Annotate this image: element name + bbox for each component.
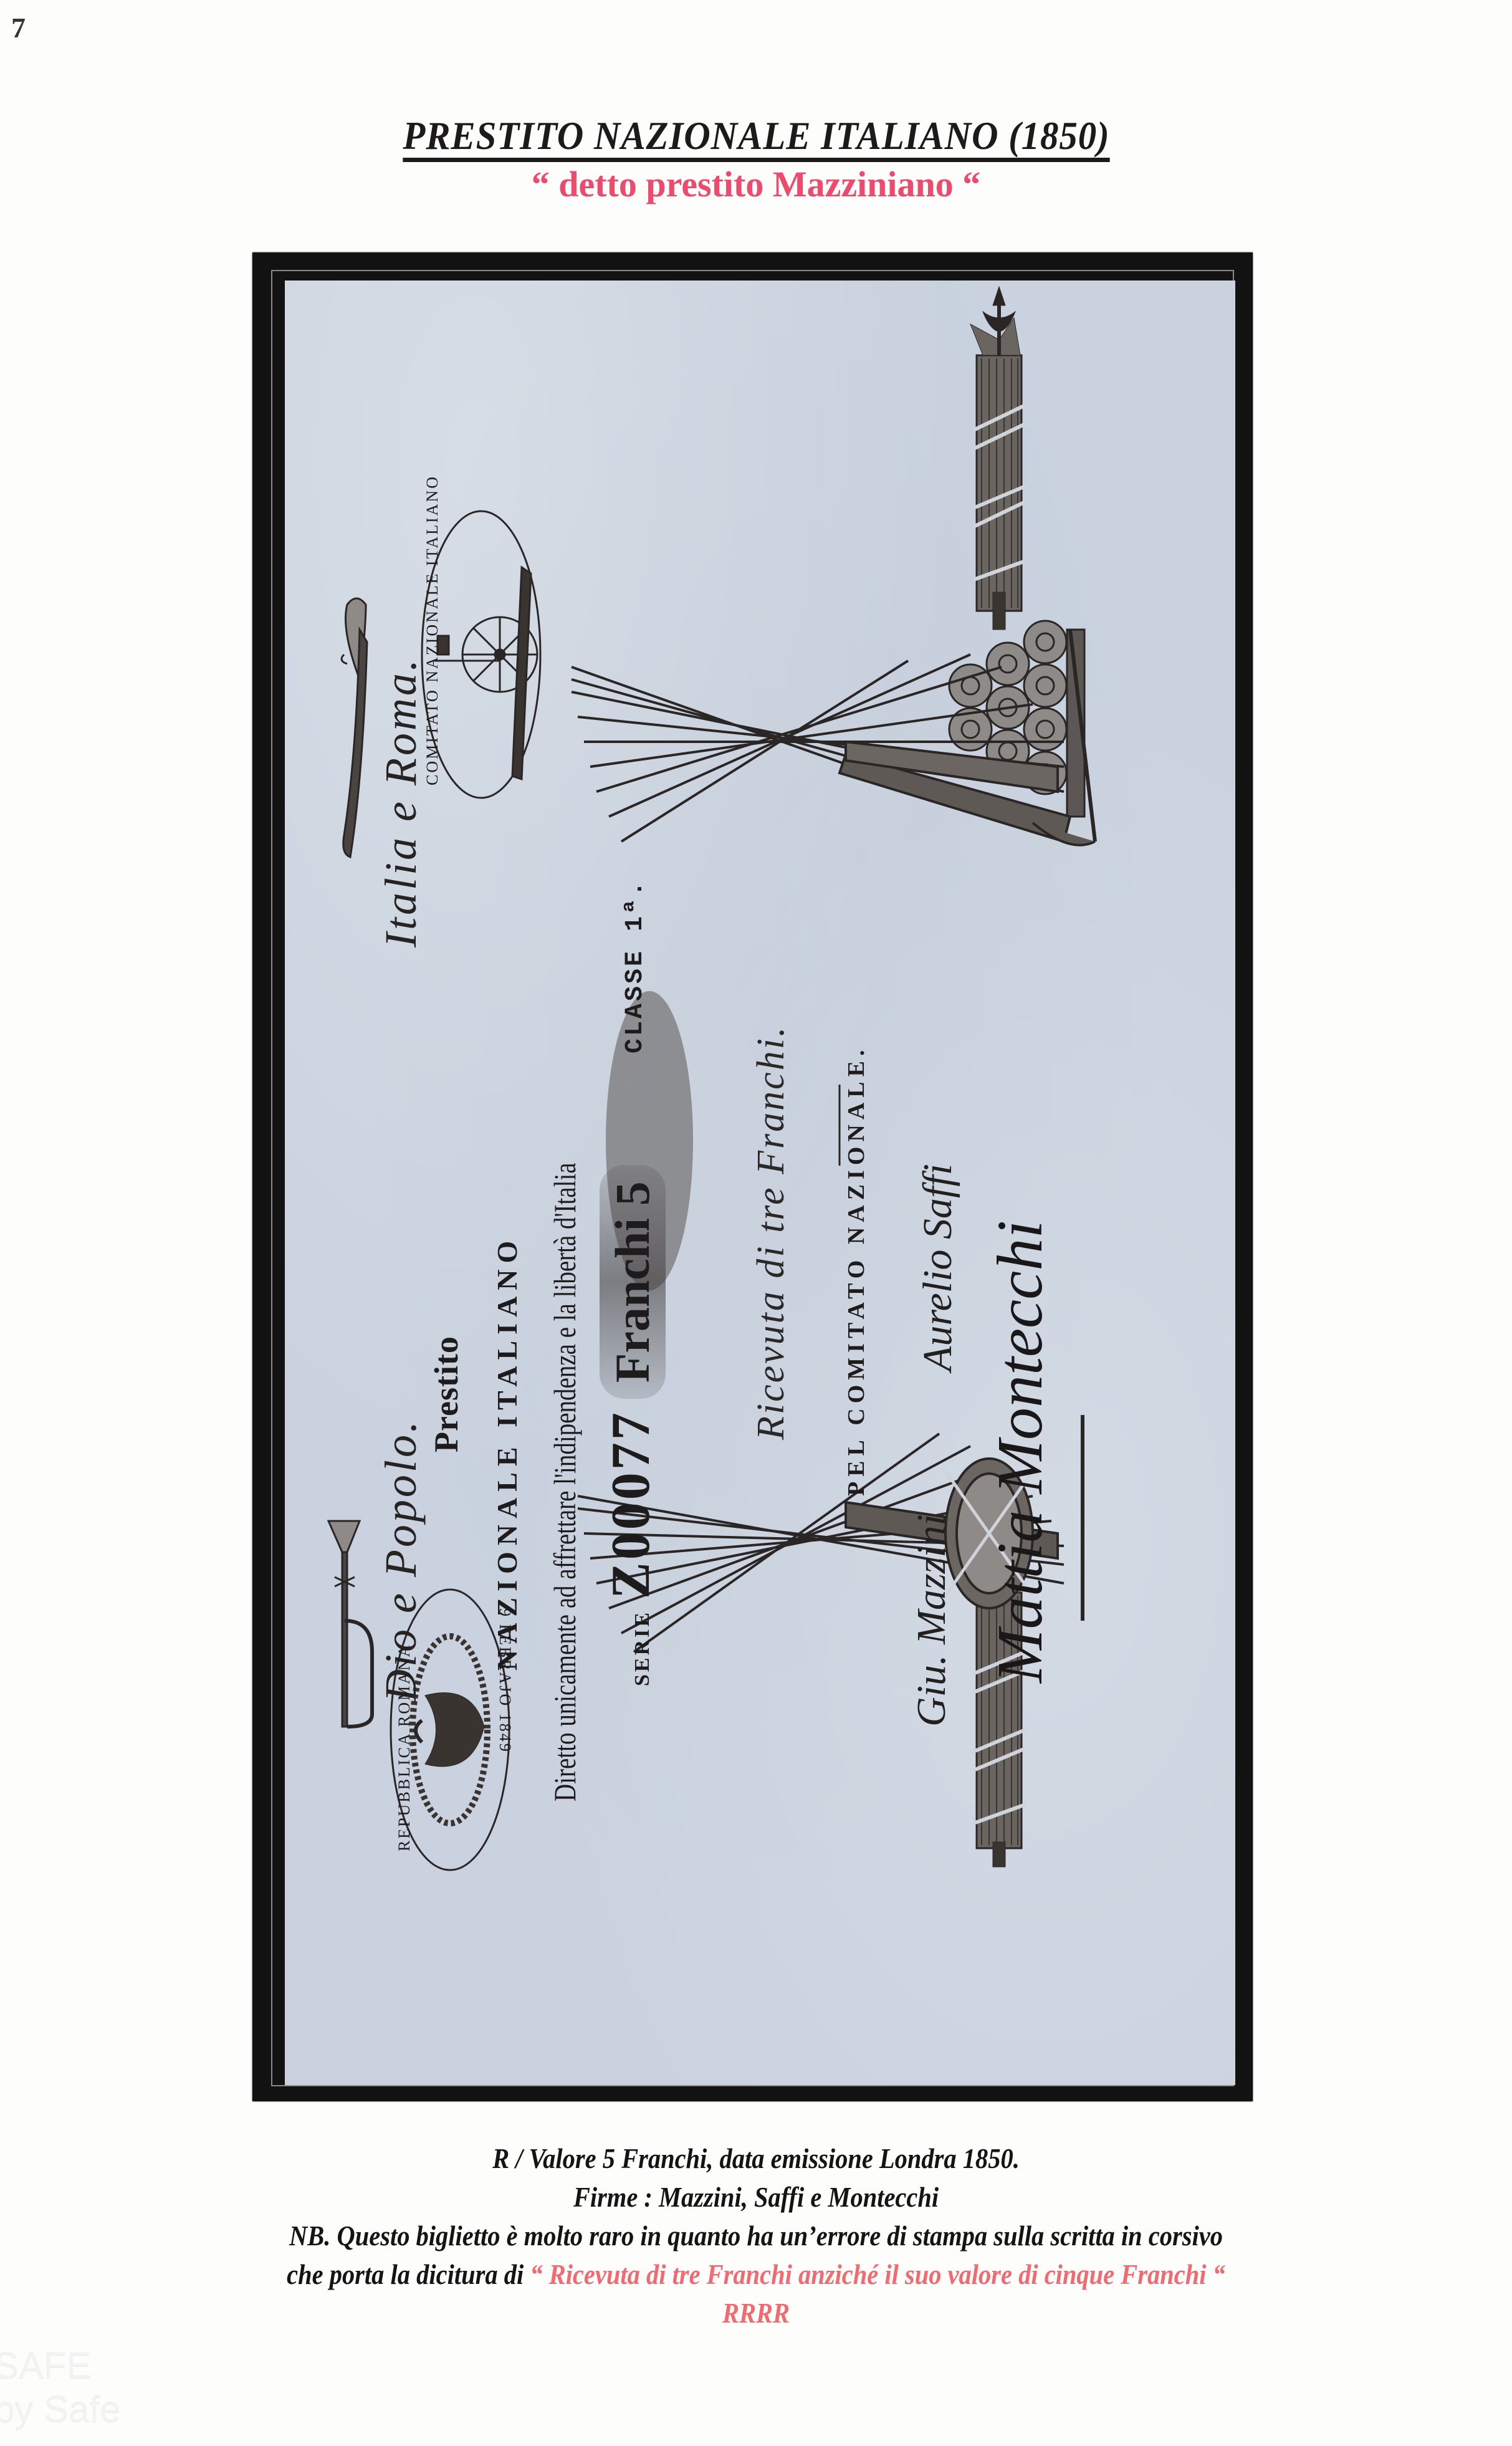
caption-line-2: Firme : Mazzini, Saffi e Montecchi [91, 2178, 1422, 2217]
value-label: Franchi 5 [600, 1165, 666, 1399]
caption: R / Valore 5 Franchi, data emissione Lon… [0, 2139, 1512, 2333]
sabre-icon [342, 598, 367, 857]
banknote-frame: Italia e Roma. Dio e Popolo. Prestito NA… [252, 252, 1253, 2101]
heading-bold: NAZIONALE ITALIANO [490, 1235, 524, 1671]
caption-line-4: che porta la dicitura di “ Ricevuta di t… [91, 2255, 1422, 2294]
caption-line-4-prefix: che porta la dicitura di [287, 2258, 530, 2290]
trumpet-icon [328, 1521, 372, 1727]
caption-line-1: R / Valore 5 Franchi, data emissione Lon… [91, 2139, 1422, 2178]
eagle-icon [416, 1693, 484, 1767]
receipt-text: Ricevuta di tre Franchi. [749, 1025, 793, 1440]
motto-right: Italia e Roma. [375, 657, 427, 947]
watermark-line-1: SAFE [0, 2344, 120, 2387]
cannonball-stack-icon [949, 621, 1084, 817]
caption-error-quote: “ Ricevuta di tre Franchi anziché il suo… [530, 2258, 1225, 2290]
serial-number: Z00077 [600, 1410, 663, 1599]
page-title-text: PRESTITO NAZIONALE ITALIANO (1850) [403, 115, 1109, 162]
cannon-icon [434, 567, 537, 779]
signature-mazzini: Giu. Mazzini [908, 1514, 955, 1727]
top-seal-icon [422, 511, 540, 798]
class-label: CLASSE 1ª. [621, 879, 649, 1053]
fasces-icon [970, 287, 1025, 630]
embossed-watermark: SAFE by Safe [0, 2344, 120, 2431]
heading-script: Prestito [427, 1336, 466, 1452]
serie-label: SERIE [631, 1610, 654, 1686]
signature-saffi: Aurelio Saffi [914, 1164, 962, 1371]
banknote: Italia e Roma. Dio e Popolo. Prestito NA… [285, 281, 1235, 2085]
signature-montecchi: Mattia Montecchi [983, 1221, 1057, 1683]
caption-line-3: NB. Questo biglietto è molto raro in qua… [91, 2217, 1422, 2255]
rarity-rating: RRRR [91, 2294, 1422, 2333]
page-subtitle: “ detto prestito Mazziniano “ [0, 163, 1512, 205]
motto-left: Dio e Popolo. [375, 1419, 427, 1702]
purpose-text: Diretto unicamente ad affrettare l'indip… [547, 1163, 583, 1801]
watermark-line-2: by Safe [0, 2387, 120, 2431]
serial-row: SERIE Z00077 Franchi 5 [600, 1165, 666, 1686]
page-number: 7 [11, 11, 26, 44]
page-title: PRESTITO NAZIONALE ITALIANO (1850) [0, 115, 1512, 162]
committee-label: PEL COMITATO NAZIONALE. [843, 1045, 870, 1496]
